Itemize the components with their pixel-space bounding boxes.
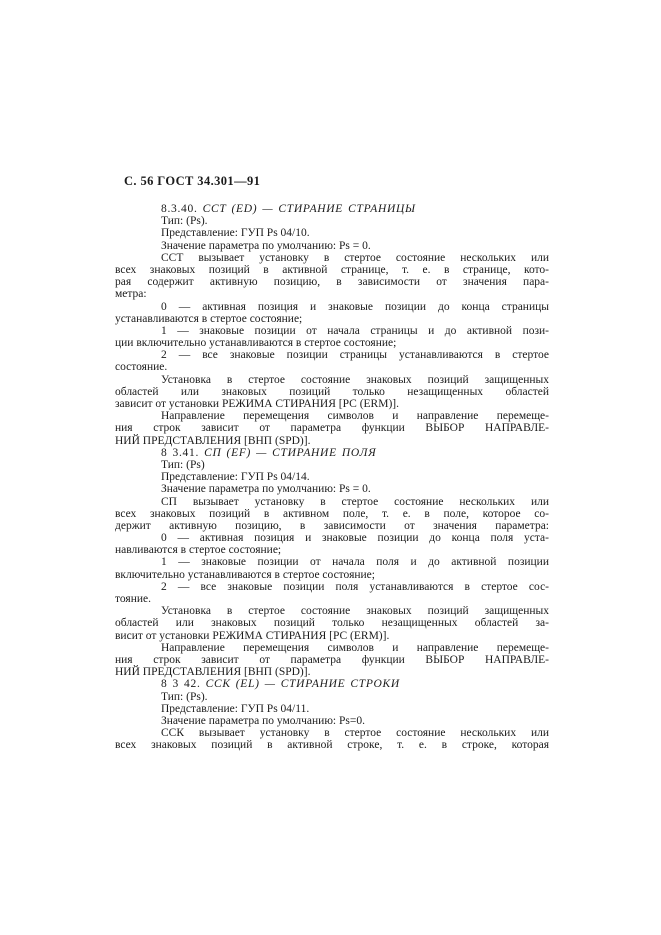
text-line: Значение параметра по умолчанию: Ps=0. <box>115 715 549 727</box>
text-line: областей или знаковых позиций только нез… <box>115 617 549 629</box>
text-line: 0 — активная позиция и знаковые позиции … <box>115 532 549 544</box>
text-line: Направление перемещения символов и напра… <box>115 410 549 422</box>
text-line: 1 — знаковые позиции от начала страницы … <box>115 325 549 337</box>
text-line: устанавливаются в стертое состояние; <box>115 313 549 325</box>
text-line: всех знаковых позиций в активной страниц… <box>115 264 549 276</box>
text-column: 8.3.40. ССТ (ED) — СТИРАНИЕ СТРАНИЦЫТип:… <box>115 203 549 751</box>
text-line: Значение параметра по умолчанию: Ps = 0. <box>115 483 549 495</box>
text-line: Значение параметра по умолчанию: Ps = 0. <box>115 240 549 252</box>
text-line: состояние. <box>115 361 549 373</box>
text-line: всех знаковых позиций в активном поле, т… <box>115 508 549 520</box>
section-number: 8 3.41. <box>161 447 204 459</box>
text-line: включительно устанавливаются в стертое с… <box>115 569 549 581</box>
text-line: Тип: (Ps). <box>115 691 549 703</box>
section-heading: 8 3.41. СП (EF) — СТИРАНИЕ ПОЛЯ <box>115 447 549 459</box>
text-line: ния строк зависит от параметра функции В… <box>115 422 549 434</box>
text-line: 0 — активная позиция и знаковые позиции … <box>115 301 549 313</box>
text-line: тояние. <box>115 593 549 605</box>
text-line: Тип: (Ps). <box>115 215 549 227</box>
text-line: Представление: ГУП Ps 04/14. <box>115 471 549 483</box>
section-title: ССК (EL) — СТИРАНИЕ СТРОКИ <box>206 678 400 690</box>
text-line: зависит от установки РЕЖИМА СТИРАНИЯ [РС… <box>115 398 549 410</box>
section-heading: 8.3.40. ССТ (ED) — СТИРАНИЕ СТРАНИЦЫ <box>115 203 549 215</box>
text-line: 1 — знаковые позиции от начала поля и до… <box>115 556 549 568</box>
text-line: рая содержит активную позицию, в зависим… <box>115 276 549 288</box>
text-line: висит от установки РЕЖИМА СТИРАНИЯ [РС (… <box>115 630 549 642</box>
section-heading: 8 3 42. ССК (EL) — СТИРАНИЕ СТРОКИ <box>115 678 549 690</box>
text-line: всех знаковых позиций в активной строке,… <box>115 739 549 751</box>
text-line: держит активную позицию, в зависимости о… <box>115 520 549 532</box>
text-line: Направление перемещения символов и напра… <box>115 642 549 654</box>
text-line: ССК вызывает установку в стертое состоян… <box>115 727 549 739</box>
text-line: ции включительно устанавливаются в стерт… <box>115 337 549 349</box>
text-line: 2 — все знаковые позиции поля устанавлив… <box>115 581 549 593</box>
section-number: 8 3 42. <box>161 678 206 690</box>
text-line: Тип: (Ps) <box>115 459 549 471</box>
running-head: С. 56 ГОСТ 34.301—91 <box>124 174 260 189</box>
section-title: СП (EF) — СТИРАНИЕ ПОЛЯ <box>204 447 376 459</box>
text-line: навливаются в стертое состояние; <box>115 544 549 556</box>
text-line: НИЙ ПРЕДСТАВЛЕНИЯ [ВНП (SPD)]. <box>115 666 549 678</box>
text-line: Представление: ГУП Ps 04/11. <box>115 703 549 715</box>
text-line: областей или знаковых позиций только нез… <box>115 386 549 398</box>
scanned-document-page: С. 56 ГОСТ 34.301—91 8.3.40. ССТ (ED) — … <box>0 0 661 935</box>
text-line: Представление: ГУП Ps 04/10. <box>115 227 549 239</box>
text-line: НИЙ ПРЕДСТАВЛЕНИЯ [ВНП (SPD)]. <box>115 435 549 447</box>
text-line: Установка в стертое состояние знаковых п… <box>115 374 549 386</box>
text-line: ССТ вызывает установку в стертое состоян… <box>115 252 549 264</box>
text-line: Установка в стертое состояние знаковых п… <box>115 605 549 617</box>
text-line: 2 — все знаковые позиции страницы устана… <box>115 349 549 361</box>
section-number: 8.3.40. <box>161 203 203 215</box>
text-line: ния строк зависит от параметра функции В… <box>115 654 549 666</box>
section-title: ССТ (ED) — СТИРАНИЕ СТРАНИЦЫ <box>203 203 416 215</box>
text-line: СП вызывает установку в стертое состояни… <box>115 496 549 508</box>
text-line: метра: <box>115 288 549 300</box>
